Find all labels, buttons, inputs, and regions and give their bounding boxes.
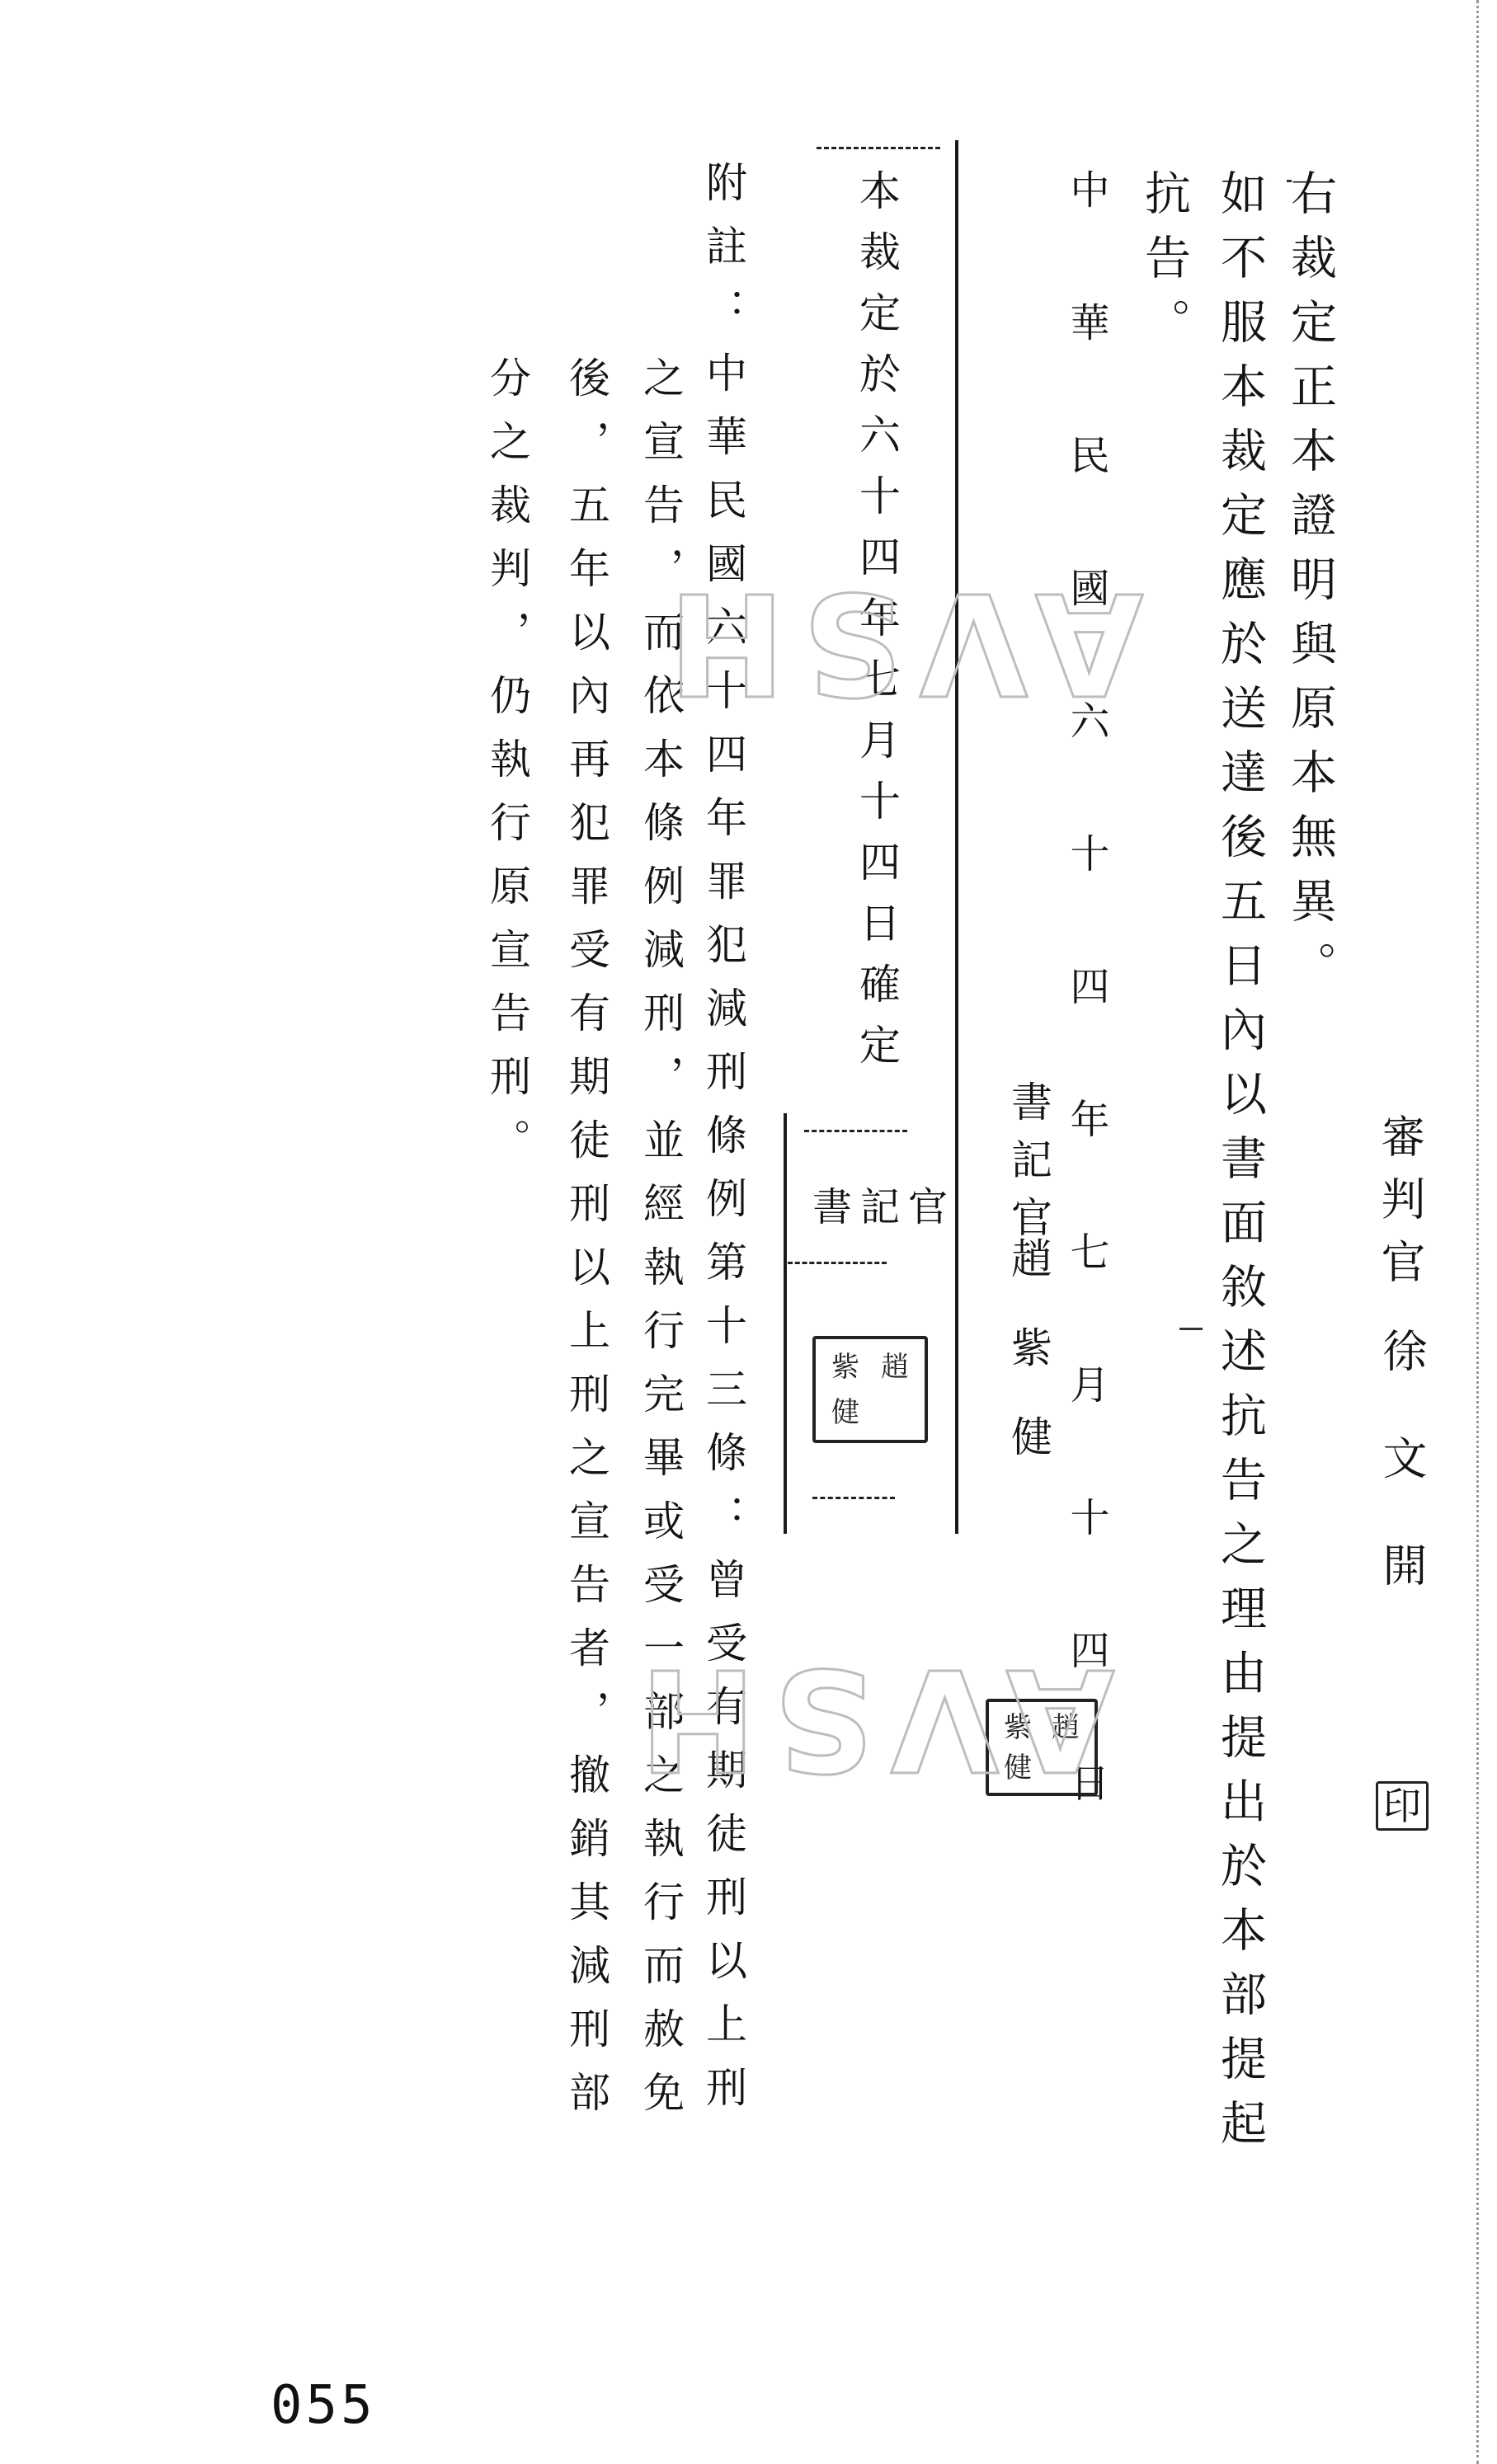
finality-box-bottom-rule [812, 1497, 895, 1499]
seal-char: 紫 [821, 1353, 870, 1381]
annotation-line-1: 附註：中華民國六十四年罪犯減刑條例第十三條：曾受有期徒刑以上刑 [703, 161, 744, 2129]
judge-title: 審判官 [1377, 1113, 1422, 1301]
page-edge-border [1476, 0, 1479, 2464]
appeal-instruction-line: 如不服本裁定應於送達後五日內以書面敘述抗告之理由提出於本部提起 [1217, 169, 1263, 2163]
clerk-title: 書記官 [1008, 1080, 1049, 1253]
watermark-upper: AVSH [652, 561, 1143, 724]
certification-line: 右裁定正本證明與原本無異。 [1287, 169, 1333, 1005]
seal-char: 趙 [870, 1353, 920, 1381]
clerk-name: 趙紫健 [1008, 1237, 1049, 1504]
scan-speck [1287, 180, 1292, 182]
page-number: 055 [271, 2375, 376, 2436]
finality-clerk-seal-icon: 紫 趙 健 [812, 1336, 928, 1443]
judge-seal-icon: 印 [1376, 1781, 1429, 1831]
finality-box-right-border [955, 140, 958, 1534]
finality-signer-label: 書記官 [812, 1187, 956, 1227]
annotation-line-4: 分之裁判，仍執行原宣告刑。 [487, 356, 528, 1182]
appeal-instruction-end: 抗告。 [1141, 169, 1187, 362]
seal-char: 健 [821, 1399, 870, 1427]
watermark-lower: AVSH [623, 1637, 1114, 1800]
annotation-line-3: 後，五年以內再犯罪受有期徒刑以上刑之宣告者，撤銷其減刑部 [566, 356, 607, 2134]
scan-speck [1179, 1328, 1203, 1330]
finality-box-divider-1 [804, 1130, 907, 1132]
judge-name: 徐文開 [1379, 1328, 1424, 1649]
finality-box-left-border [784, 1113, 787, 1534]
finality-box-top-rule [817, 147, 940, 149]
finality-box-divider-2 [788, 1262, 887, 1264]
